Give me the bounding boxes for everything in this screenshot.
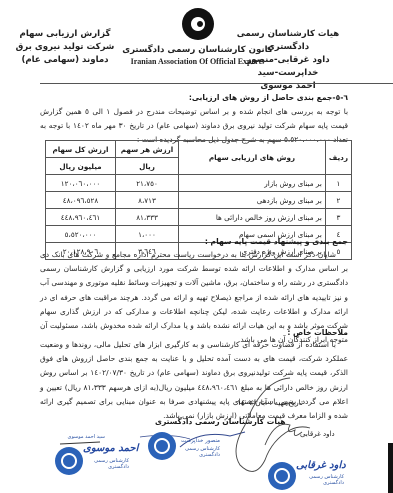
stamp-left-subtext: کارشناس رسمی دادگستری bbox=[84, 458, 129, 470]
handwritten-signatures-icon bbox=[0, 0, 393, 493]
stamp-left-name: احمد موسوی bbox=[83, 443, 138, 454]
stamp-right-name: داود غرقابی bbox=[296, 460, 346, 471]
official-stamp-left-icon bbox=[55, 447, 83, 475]
stamp-left-label: سید احمد موسوی bbox=[60, 434, 105, 440]
document-page: هیات کارشناسان رسمی دادگستری داود غرقابی… bbox=[0, 0, 393, 493]
scan-edge-shadow bbox=[388, 443, 393, 493]
official-stamp-right-icon bbox=[268, 462, 296, 490]
stamp-right-subtext: کارشناس رسمی دادگستری bbox=[296, 474, 344, 486]
stamp-middle-name: منصور خداپرست bbox=[165, 438, 220, 444]
stamp-middle-subtext: کارشناس رسمی دادگستری bbox=[170, 446, 220, 458]
